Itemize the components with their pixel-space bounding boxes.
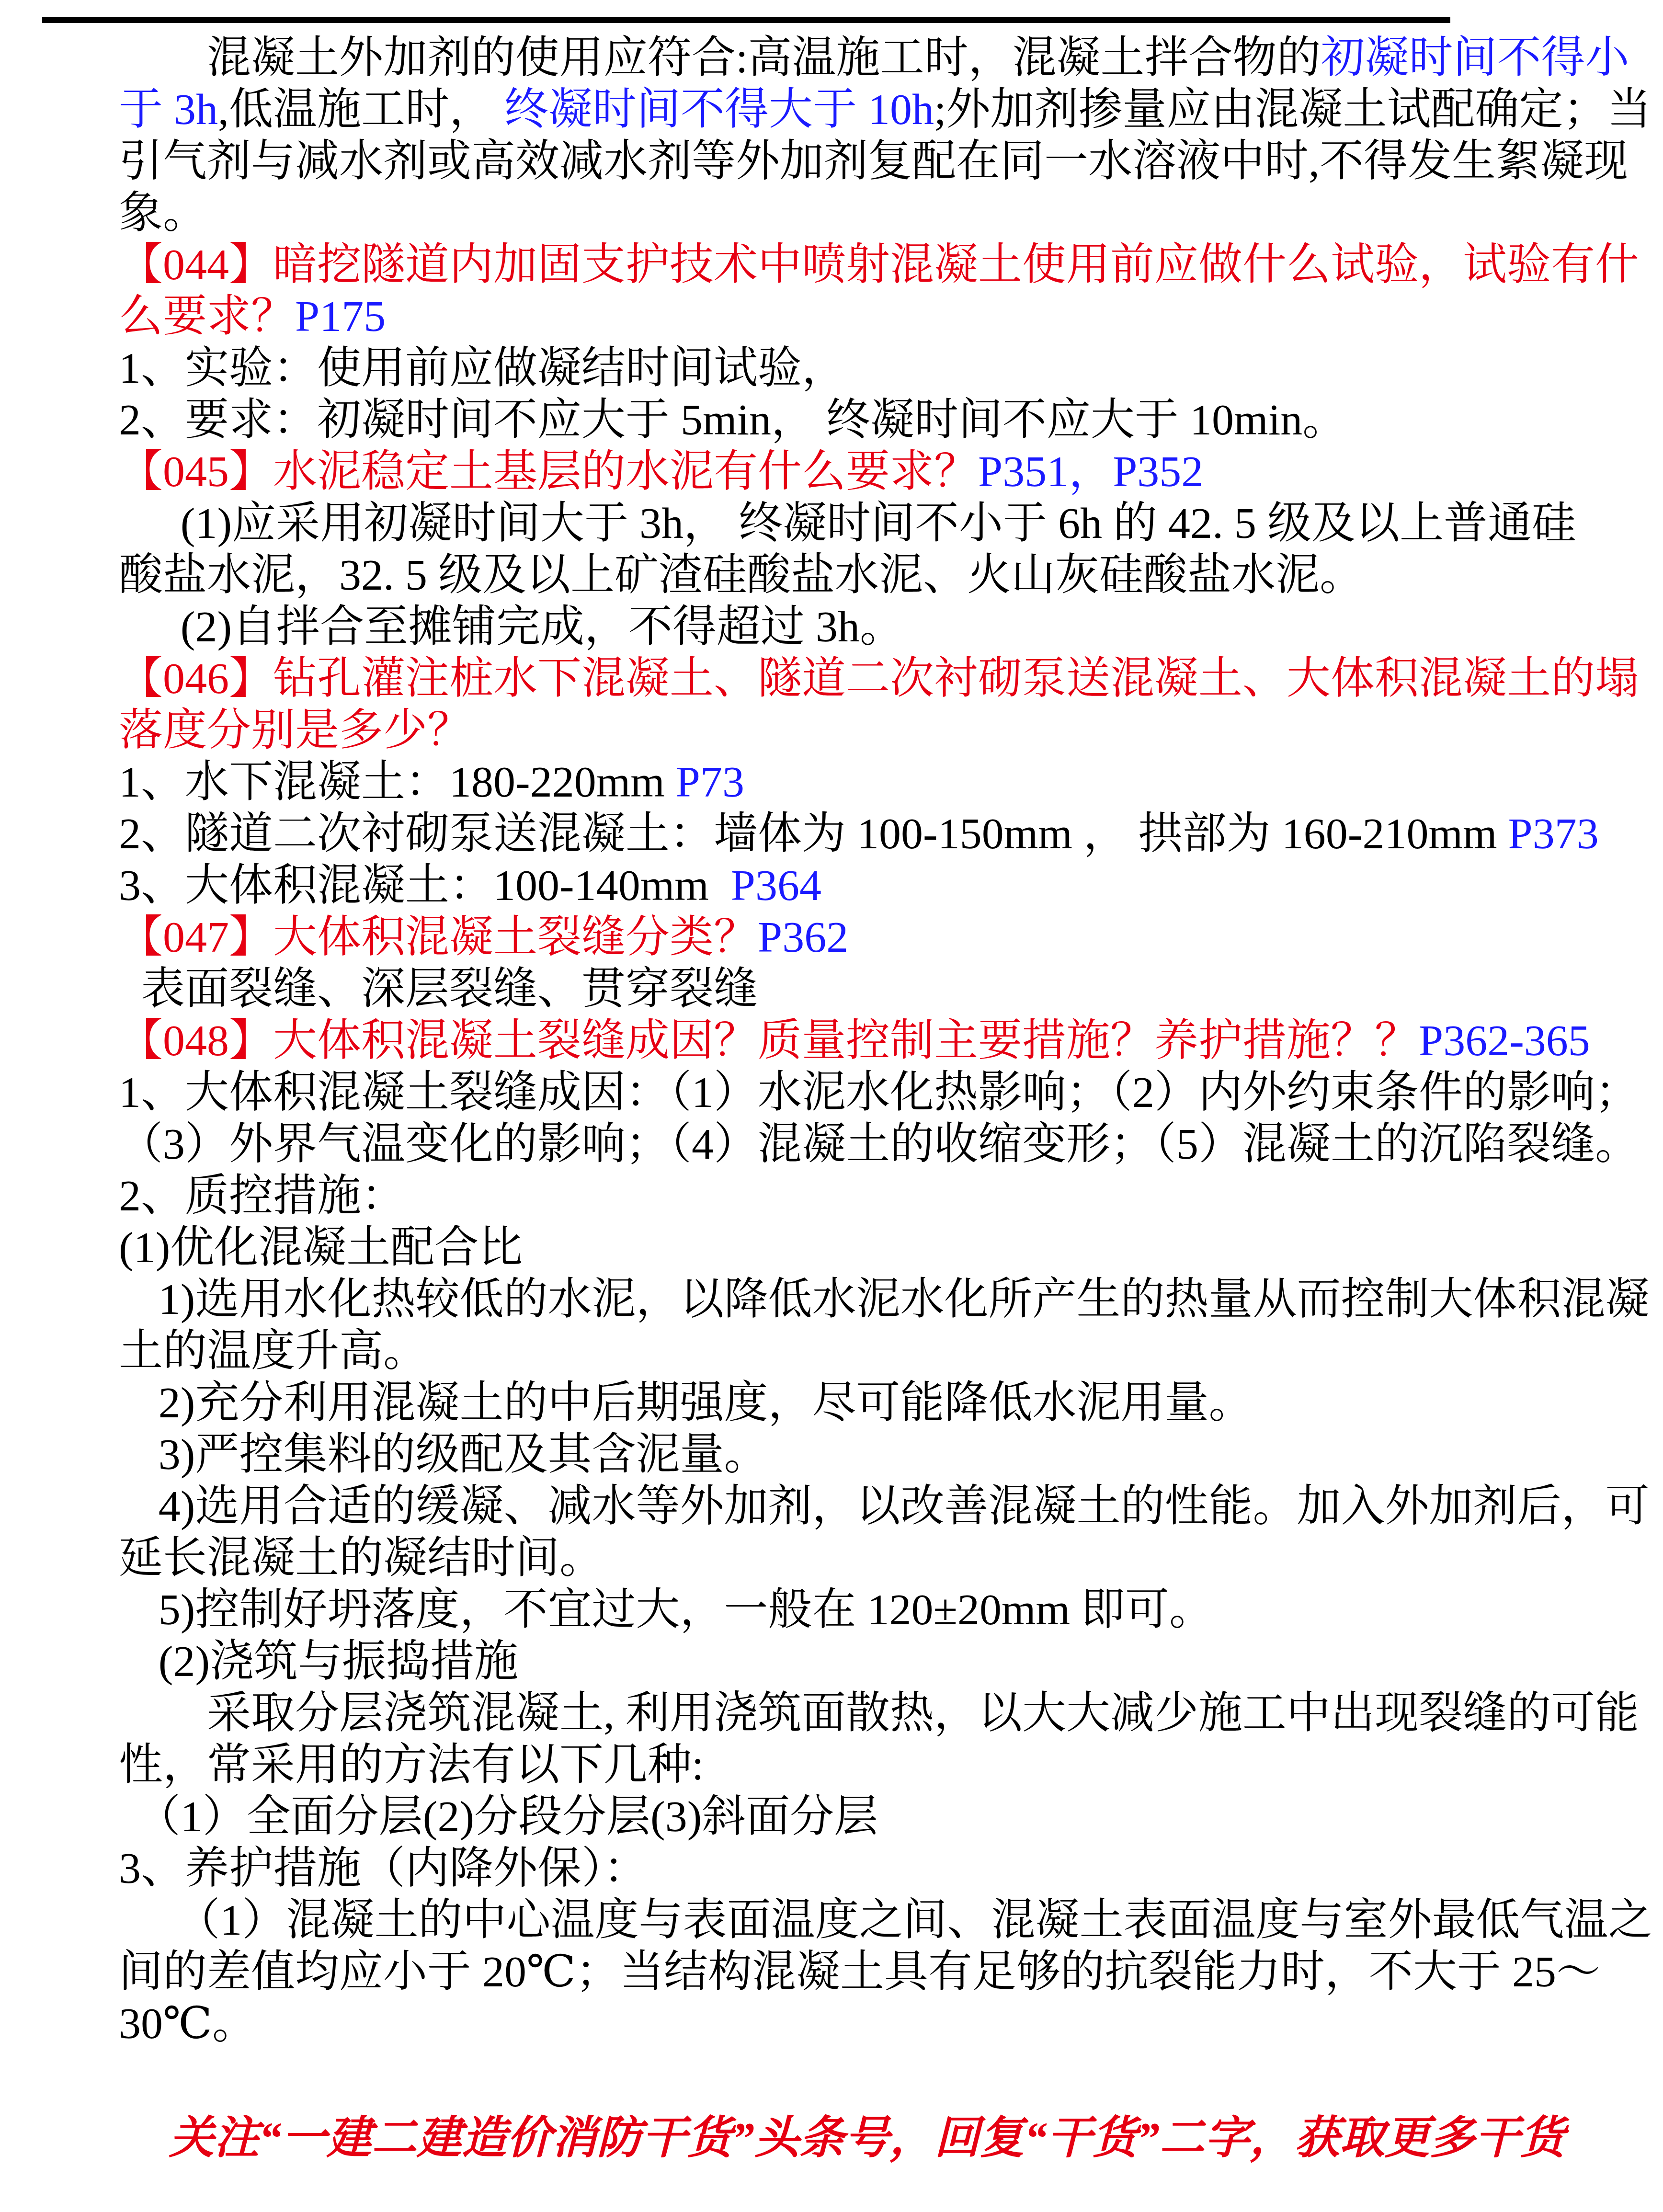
text-line: 混凝土外加剂的使用应符合:高温施工时，混凝土拌合物的初凝时间不得小 bbox=[119, 32, 1615, 83]
text-line: 于 3h,低温施工时， 终凝时间不得大于 10h;外加剂掺量应由混凝土试配确定；… bbox=[119, 83, 1615, 135]
text-line: 1、实验：使用前应做凝结时间试验， bbox=[119, 342, 1615, 394]
text-line: 1、水下混凝土：180-220mm P73 bbox=[119, 756, 1615, 808]
text-segment: 1、大体积混凝土裂缝成因：（1）水泥水化热影响；（2）内外约束条件的影响； bbox=[119, 1068, 1639, 1117]
text-line: (2)浇筑与振捣措施 bbox=[119, 1635, 1615, 1687]
text-line: （1）混凝土的中心温度与表面温度之间、混凝土表面温度与室外最低气温之 bbox=[119, 1894, 1615, 1946]
text-line: 2、隧道二次衬砌泵送混凝土：墙体为 100-150mm ， 拱部为 160-21… bbox=[119, 808, 1615, 859]
document-page: 混凝土外加剂的使用应符合:高温施工时，混凝土拌合物的初凝时间不得小于 3h,低温… bbox=[0, 0, 1663, 2212]
text-segment: 2、隧道二次衬砌泵送混凝土：墙体为 100-150mm ， 拱部为 160-21… bbox=[119, 809, 1508, 858]
text-segment: 性，常采用的方法有以下几种: bbox=[119, 1740, 704, 1789]
text-line: 4)选用合适的缓凝、减水等外加剂，以改善混凝土的性能。加入外加剂后，可 bbox=[119, 1480, 1615, 1532]
text-segment: ;外加剂掺量应由混凝土试配确定；当 bbox=[934, 85, 1652, 134]
text-line: 酸盐水泥，32. 5 级及以上矿渣硅酸盐水泥、火山灰硅酸盐水泥。 bbox=[119, 549, 1615, 601]
text-segment: 间的差值均应小于 20℃；当结构混凝土具有足够的抗裂能力时，不大于 25～ bbox=[119, 1947, 1600, 1996]
text-line: 3)严控集料的级配及其含泥量。 bbox=[119, 1428, 1615, 1480]
text-segment: 1)选用水化热较低的水泥，以降低水泥水化所产生的热量从而控制大体积混凝 bbox=[159, 1275, 1650, 1323]
text-line: 3、大体积混凝土：100-140mm P364 bbox=[119, 859, 1615, 911]
text-segment: (1)优化混凝土配合比 bbox=[119, 1223, 523, 1272]
text-segment: 【045】水泥稳定土基层的水泥有什么要求？ bbox=[119, 447, 978, 496]
text-line: (2)自拌合至摊铺完成，不得超过 3h。 bbox=[119, 601, 1615, 652]
text-line: 土的温度升高。 bbox=[119, 1325, 1615, 1377]
text-line: 30℃。 bbox=[119, 1997, 1615, 2049]
text-segment: P364 bbox=[731, 861, 821, 910]
text-segment: 象。 bbox=[119, 188, 207, 237]
text-line: 采取分层浇筑混凝土, 利用浇筑面散热，以大大减少施工中出现裂缝的可能 bbox=[119, 1687, 1615, 1739]
text-segment: P73 bbox=[676, 757, 744, 806]
text-line: 2、要求：初凝时间不应大于 5min， 终凝时间不应大于 10min。 bbox=[119, 394, 1615, 445]
text-segment: P175 bbox=[295, 292, 386, 341]
text-line: (1)应采用初凝时间大于 3h， 终凝时间不小于 6h 的 42. 5 级及以上… bbox=[119, 497, 1615, 549]
text-line: 1、大体积混凝土裂缝成因：（1）水泥水化热影响；（2）内外约束条件的影响； bbox=[119, 1066, 1615, 1118]
text-line: 延长混凝土的凝结时间。 bbox=[119, 1532, 1615, 1584]
text-line: 5)控制好坍落度，不宜过大，一般在 120±20mm 即可。 bbox=[119, 1584, 1615, 1635]
text-segment: 3、大体积混凝土：100-140mm bbox=[119, 861, 731, 910]
text-segment: （1）全面分层(2)分段分层(3)斜面分层 bbox=[137, 1792, 878, 1841]
text-segment: 落度分别是多少？ bbox=[119, 706, 471, 754]
heading-line: 【045】水泥稳定土基层的水泥有什么要求？P351，P352 bbox=[119, 445, 1615, 497]
text-segment: 【047】大体积混凝土裂缝分类？ bbox=[119, 912, 758, 961]
document-content: 混凝土外加剂的使用应符合:高温施工时，混凝土拌合物的初凝时间不得小于 3h,低温… bbox=[0, 32, 1663, 2164]
text-segment: (2)自拌合至摊铺完成，不得超过 3h。 bbox=[181, 602, 904, 651]
text-segment: 30℃。 bbox=[119, 1999, 256, 2048]
text-segment: P362-365 bbox=[1419, 1016, 1590, 1065]
text-segment: 延长混凝土的凝结时间。 bbox=[119, 1533, 604, 1582]
text-segment: 2、要求：初凝时间不应大于 5min， 终凝时间不应大于 10min。 bbox=[119, 395, 1346, 444]
text-segment: 土的温度升高。 bbox=[119, 1326, 427, 1375]
heading-line: 【047】大体积混凝土裂缝分类？P362 bbox=[119, 911, 1615, 963]
text-segment: 1、水下混凝土：180-220mm bbox=[119, 757, 676, 806]
text-line: 1)选用水化热较低的水泥，以降低水泥水化所产生的热量从而控制大体积混凝 bbox=[119, 1273, 1615, 1325]
heading-line: 【044】暗挖隧道内加固支护技术中喷射混凝土使用前应做什么试验，试验有什 bbox=[119, 239, 1615, 290]
text-segment: (2)浇筑与振捣措施 bbox=[159, 1637, 518, 1686]
text-segment: 么要求？ bbox=[119, 292, 295, 341]
text-segment: 终凝时间不得大于 10h bbox=[504, 85, 934, 134]
text-line: (1)优化混凝土配合比 bbox=[119, 1221, 1615, 1273]
text-segment: P362 bbox=[758, 912, 848, 961]
text-segment: 表面裂缝、深层裂缝、贯穿裂缝 bbox=[141, 964, 758, 1013]
text-segment: 引气剂与减水剂或高效减水剂等外加剂复配在同一水溶液中时,不得发生絮凝现 bbox=[119, 137, 1628, 185]
text-segment: P351，P352 bbox=[978, 447, 1203, 496]
text-segment: 于 3h bbox=[119, 85, 218, 134]
text-segment: 【048】大体积混凝土裂缝成因？质量控制主要措施？养护措施？？ bbox=[119, 1016, 1419, 1065]
heading-line: 【048】大体积混凝土裂缝成因？质量控制主要措施？养护措施？？P362-365 bbox=[119, 1015, 1615, 1066]
top-rule bbox=[42, 17, 1450, 23]
text-segment: 采取分层浇筑混凝土, 利用浇筑面散热，以大大减少施工中出现裂缝的可能 bbox=[207, 1688, 1639, 1737]
text-segment: 初凝时间不得小 bbox=[1321, 33, 1629, 82]
text-line: （3）外界气温变化的影响；（4）混凝土的收缩变形；（5）混凝土的沉陷裂缝。 bbox=[119, 1118, 1615, 1170]
text-line: （1）全面分层(2)分段分层(3)斜面分层 bbox=[119, 1790, 1615, 1842]
text-segment: 酸盐水泥，32. 5 级及以上矿渣硅酸盐水泥、火山灰硅酸盐水泥。 bbox=[119, 550, 1364, 599]
text-segment: P373 bbox=[1508, 809, 1599, 858]
heading-line: 么要求？P175 bbox=[119, 290, 1615, 342]
text-segment: 1、实验：使用前应做凝结时间试验， bbox=[119, 343, 846, 392]
text-line: 2)充分利用混凝土的中后期强度，尽可能降低水泥用量。 bbox=[119, 1377, 1615, 1428]
text-segment: 3、养护措施（内降外保）： bbox=[119, 1844, 648, 1893]
text-segment: 2)充分利用混凝土的中后期强度，尽可能降低水泥用量。 bbox=[159, 1378, 1253, 1427]
text-line: 间的差值均应小于 20℃；当结构混凝土具有足够的抗裂能力时，不大于 25～ bbox=[119, 1946, 1615, 1997]
text-segment: 关注“一建二建造价消防干货”头条号，回复“干货”二字，获取更多干货 bbox=[169, 2113, 1565, 2163]
text-segment: 混凝土外加剂的使用应符合:高温施工时，混凝土拌合物的 bbox=[207, 33, 1321, 82]
text-segment: 【046】钻孔灌注桩水下混凝土、隧道二次衬砌泵送混凝土、大体积混凝土的塌 bbox=[119, 654, 1639, 703]
text-segment: 3)严控集料的级配及其含泥量。 bbox=[159, 1430, 768, 1479]
text-line: 表面裂缝、深层裂缝、贯穿裂缝 bbox=[119, 963, 1615, 1015]
text-segment: (1)应采用初凝时间大于 3h， 终凝时间不小于 6h 的 42. 5 级及以上… bbox=[181, 499, 1576, 547]
text-line: 2、质控措施： bbox=[119, 1170, 1615, 1221]
heading-line: 【046】钻孔灌注桩水下混凝土、隧道二次衬砌泵送混凝土、大体积混凝土的塌 bbox=[119, 652, 1615, 704]
text-segment: （3）外界气温变化的影响；（4）混凝土的收缩变形；（5）混凝土的沉陷裂缝。 bbox=[119, 1119, 1639, 1168]
text-segment: ,低温施工时， bbox=[218, 85, 504, 134]
heading-line: 落度分别是多少？ bbox=[119, 704, 1615, 756]
text-segment: 2、质控措施： bbox=[119, 1171, 405, 1220]
text-segment: 4)选用合适的缓凝、减水等外加剂，以改善混凝土的性能。加入外加剂后，可 bbox=[159, 1482, 1650, 1530]
text-segment: 5)控制好坍落度，不宜过大，一般在 120±20mm 即可。 bbox=[159, 1585, 1213, 1634]
footer-line: 关注“一建二建造价消防干货”头条号，回复“干货”二字，获取更多干货 bbox=[119, 2112, 1615, 2164]
text-segment: （1）混凝土的中心温度与表面温度之间、混凝土表面温度与室外最低气温之 bbox=[176, 1895, 1652, 1944]
text-line: 性，常采用的方法有以下几种: bbox=[119, 1739, 1615, 1790]
text-line: 象。 bbox=[119, 187, 1615, 239]
text-line: 引气剂与减水剂或高效减水剂等外加剂复配在同一水溶液中时,不得发生絮凝现 bbox=[119, 135, 1615, 187]
text-line: 3、养护措施（内降外保）： bbox=[119, 1842, 1615, 1894]
text-segment: 【044】暗挖隧道内加固支护技术中喷射混凝土使用前应做什么试验，试验有什 bbox=[119, 240, 1639, 289]
